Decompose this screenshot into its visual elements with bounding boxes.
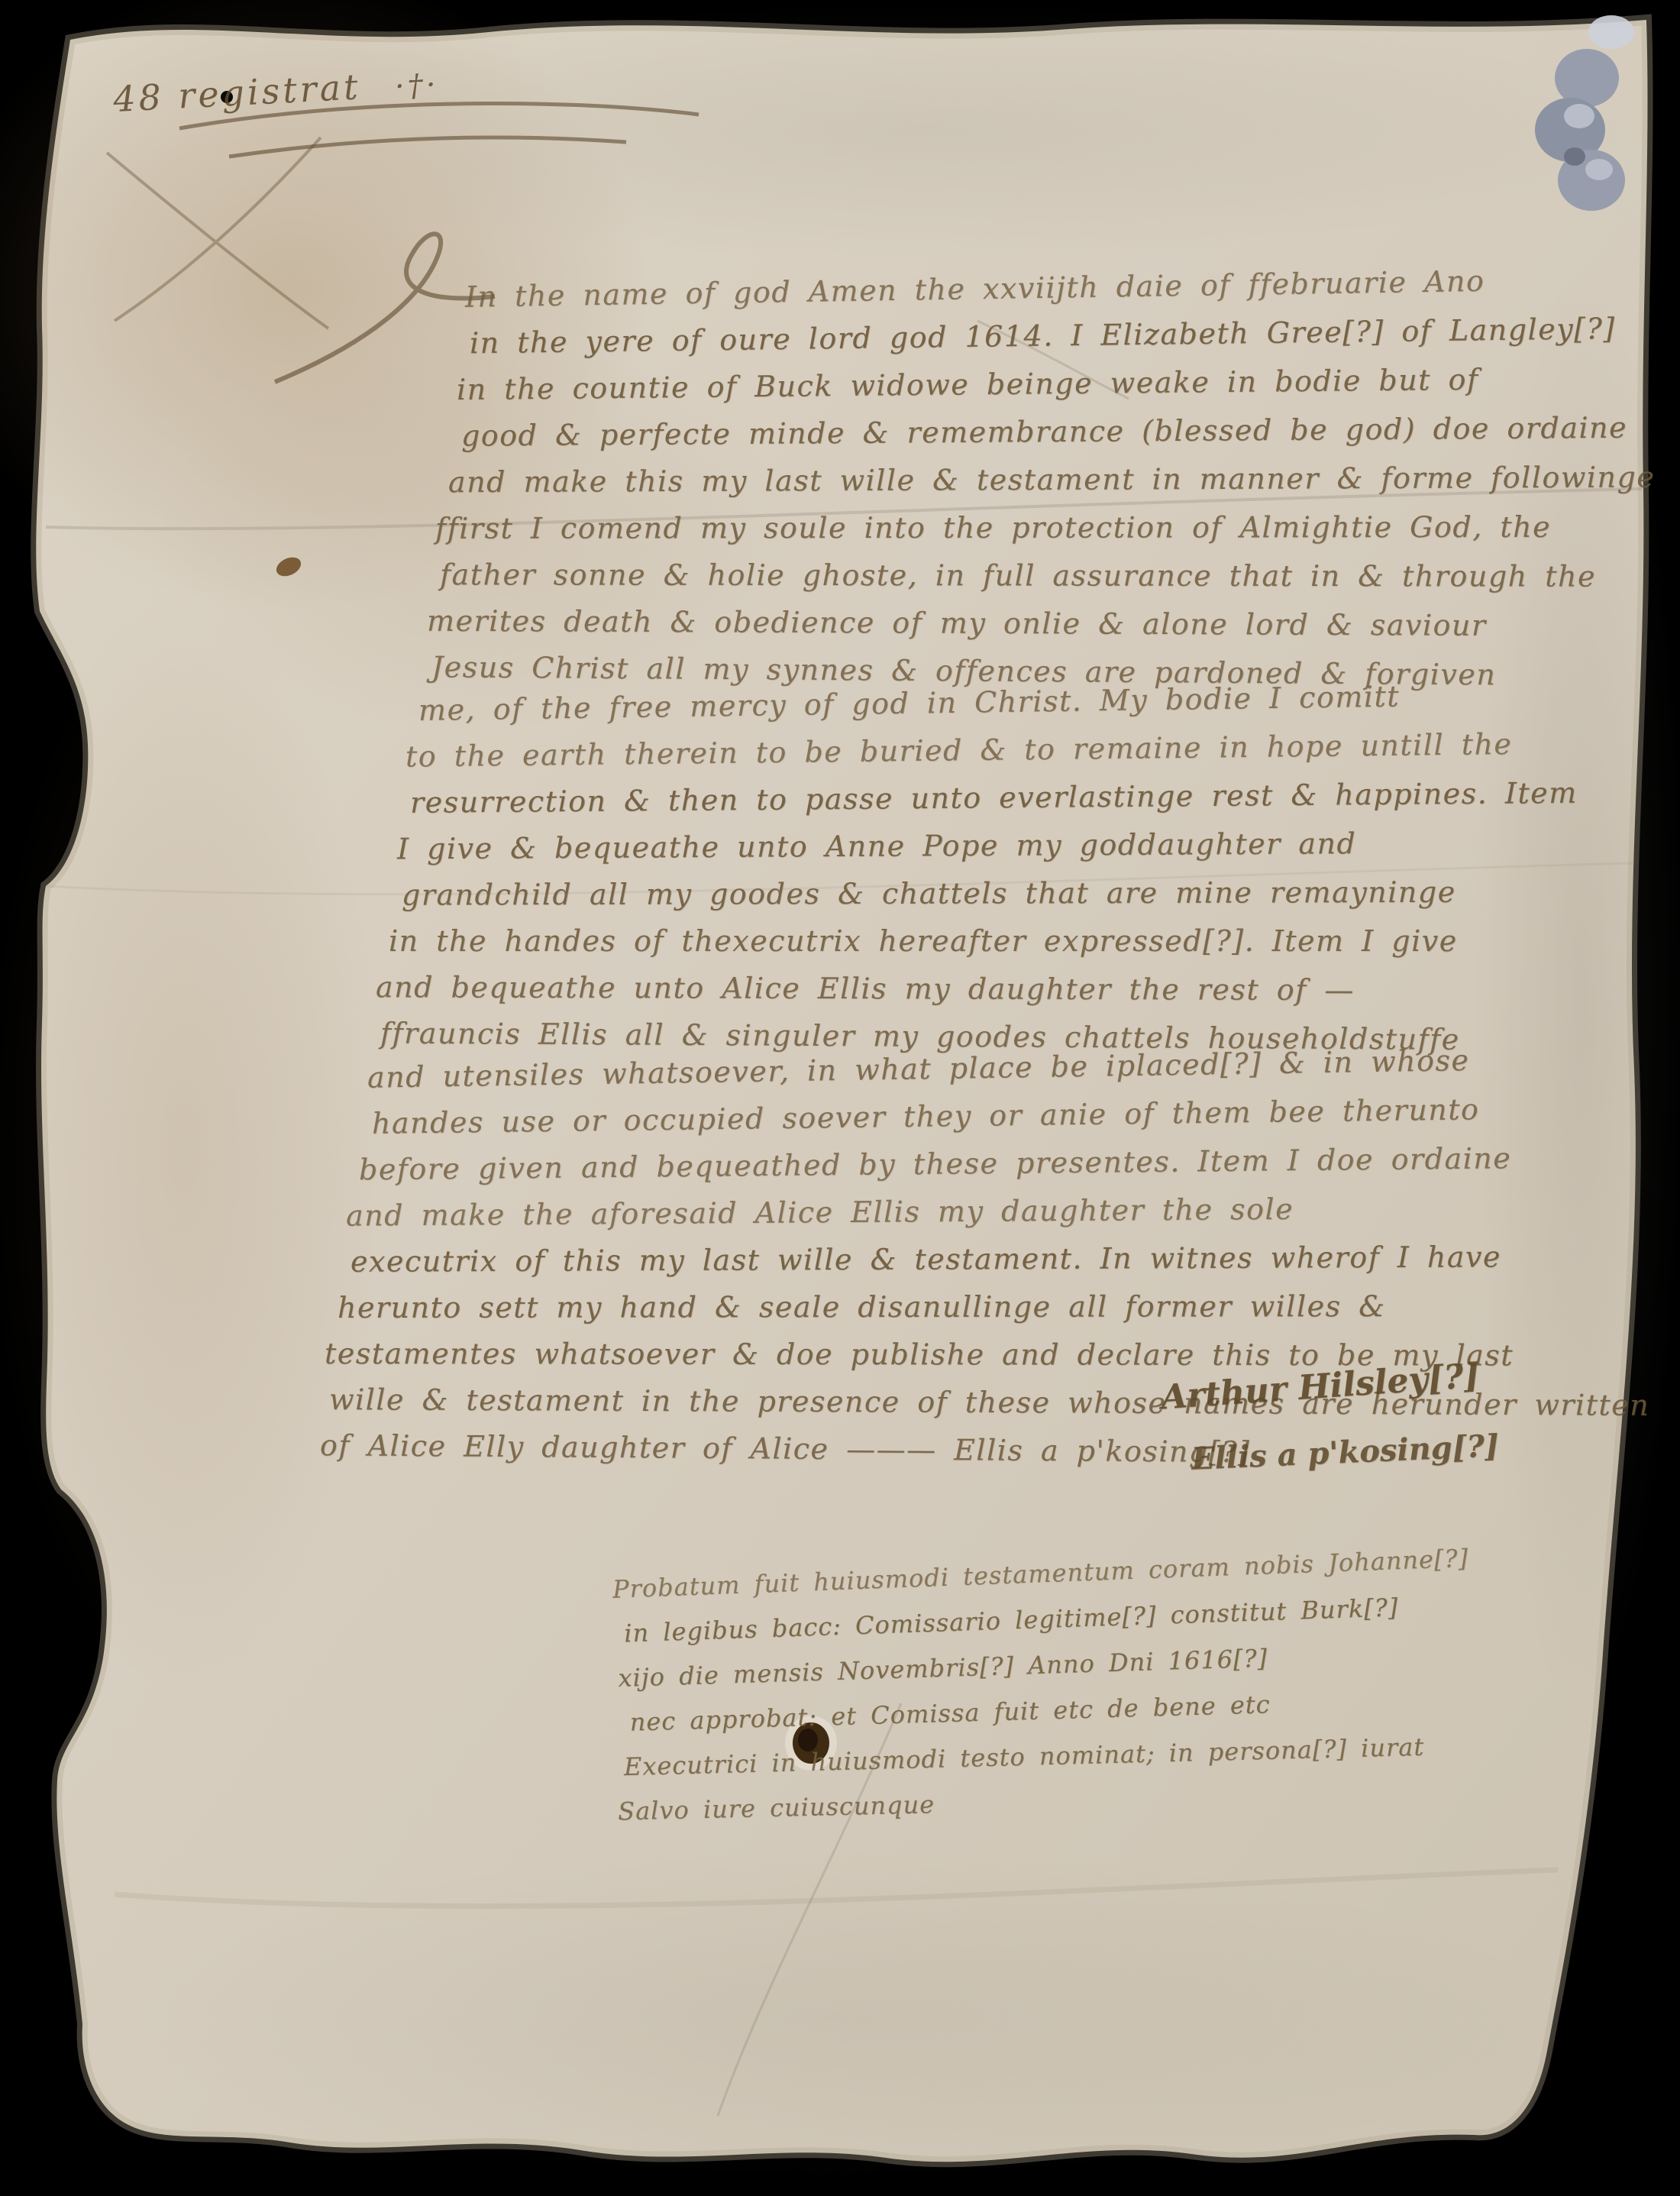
will-line: ffirst I comend my soule into the protec…	[305, 504, 1649, 551]
probate-clause-block: Probatum fuit huiusmodi testamentum cora…	[574, 1548, 1572, 1834]
manuscript-photograph: 48 registrat ·†· In the name of god Amen…	[0, 0, 1680, 2196]
will-line: good & perfecte minde & remembrance (ble…	[305, 405, 1649, 460]
will-line: and make this my last wille & testament …	[305, 454, 1649, 506]
will-line: I give & bequeathe unto Anne Pope my god…	[305, 819, 1649, 872]
will-line: father sonne & holie ghoste, in full ass…	[305, 551, 1649, 600]
stain	[191, 0, 1642, 260]
will-line: merites death & obedience of my onlie & …	[305, 597, 1649, 649]
will-text-block: In the name of god Amen the xxviijth dai…	[305, 277, 1649, 1468]
will-line: and make the aforesaid Alice Ellis my da…	[305, 1184, 1649, 1239]
cross-mark: ·†·	[394, 67, 440, 105]
will-line: in the handes of thexecutrix hereafter e…	[305, 918, 1649, 964]
will-line: and bequeathe unto Alice Ellis my daught…	[305, 964, 1649, 1014]
will-line: grandchild all my goodes & chattels that…	[305, 868, 1649, 918]
will-line: herunto sett my hand & seale disanulling…	[305, 1283, 1649, 1331]
will-line: executrix of this my last wille & testam…	[305, 1234, 1649, 1285]
